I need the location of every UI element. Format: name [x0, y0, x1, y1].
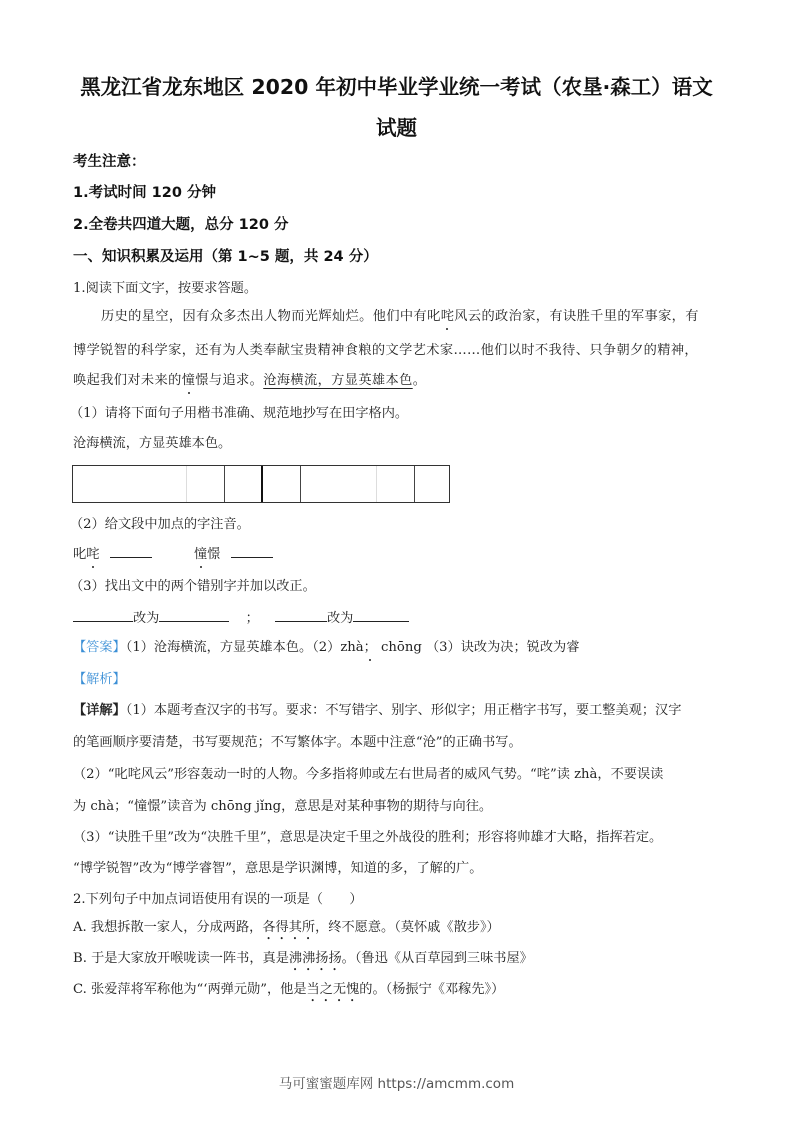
- dotted-char: 憧: [182, 369, 196, 388]
- grid-line: [261, 466, 263, 502]
- word-2: 憧憬: [194, 547, 220, 562]
- sub1-prompt: （1）请将下面句子用楷书准确、规范地抄写在田字格内。: [70, 402, 408, 421]
- pinyin-blank-2[interactable]: [231, 545, 273, 558]
- change-to-label: 改为: [133, 611, 159, 626]
- separator: ；: [246, 611, 259, 626]
- grid-line: [186, 466, 187, 502]
- answer-row: 【答案】（1）沧海横流，方显英雄本色。（2）zhà； chōng （3）诀改为决…: [73, 636, 579, 655]
- dotted-phrase: 当之无愧: [307, 982, 360, 997]
- sub2-prompt: （2）给文段中加点的字注音。: [70, 513, 250, 532]
- document-title-line2: 试题: [60, 111, 733, 141]
- correct-char-blank-2[interactable]: [353, 609, 409, 622]
- sub3-prompt: （3）找出文中的两个错别字并加以改正。: [70, 575, 316, 594]
- passage-text: 。: [413, 373, 427, 388]
- detail-p1-line2: 的笔画顺序要清楚，书写要规范；不写繁体字。本题中注意“沧”的正确书写。: [73, 731, 522, 750]
- detail-p2-line2: 为 chà；“憧憬”读音为 chōng jǐng，意思是对某种事物的期待与向往。: [73, 795, 492, 814]
- option-letter: A.: [73, 920, 87, 935]
- passage-text: 憬与追求。: [195, 373, 263, 388]
- sub3-answer-row: 改为 ； 改为: [73, 607, 409, 626]
- notice-heading: 考生注意：: [73, 150, 146, 171]
- q2-option-c[interactable]: C. 张爱萍将军称他为“‘两弹元勋”，他是当之无愧的。（杨振宁《邓稼先》）: [73, 978, 504, 1005]
- document-title-line1: 黑龙江省龙东地区 2020 年初中毕业学业统一考试（农垦·森工）语文: [60, 70, 733, 100]
- notice-item-1: 1.考试时间 120 分钟: [73, 181, 216, 202]
- analysis-label: 【解析】: [73, 668, 126, 687]
- detail-p3-line2: “博学锐智”改为“博学睿智”，意思是学识渊博，知道的多，了解的广。: [73, 857, 482, 876]
- dotted-phrase: 各得其所: [262, 920, 315, 935]
- passage-line-2: 博学锐智的科学家，还有为人类奉献宝贵精神食粮的文学艺术家……他们以时不我待、只争…: [73, 339, 723, 358]
- grid-line: [300, 466, 301, 502]
- grid-line: [376, 466, 377, 502]
- q2-option-a[interactable]: A. 我想拆散一家人，分成两路，各得其所，终不愿意。（莫怀戚《散步》）: [73, 916, 500, 943]
- q2-option-b[interactable]: B. 于是大家放开喉咙读一阵书，真是沸沸扬扬。（鲁迅《从百草园到三味书屋》: [73, 947, 533, 974]
- correct-char-blank-1[interactable]: [159, 609, 229, 622]
- detail-p3-line1: （3）“诀胜千里”改为“决胜千里”，意思是决定千里之外战役的胜利；形容将帅雄才大…: [73, 826, 662, 845]
- pinyin-blank-1[interactable]: [110, 545, 152, 558]
- passage-line-3: 唤起我们对未来的憧憬与追求。沧海横流，方显英雄本色。: [73, 369, 723, 388]
- passage-text: 历史的星空，因有众多杰出人物而光辉灿烂。他们中有叱: [101, 309, 441, 324]
- wrong-char-blank-1[interactable]: [73, 609, 133, 622]
- change-to-label: 改为: [327, 611, 353, 626]
- underlined-sentence: 沧海横流，方显英雄本色: [263, 373, 412, 388]
- answer-separator: ；: [364, 636, 377, 655]
- q2-prompt: 2.下列句子中加点词语使用有误的一项是（ ）: [73, 888, 363, 907]
- grid-line: [414, 466, 415, 502]
- dotted-phrase: 沸沸扬扬: [289, 951, 342, 966]
- passage-text: 风云的政治家，有诀胜千里的军事家，有: [454, 309, 699, 324]
- sub2-answer-row: 叱咤 憧憬: [73, 543, 273, 562]
- writing-grid[interactable]: [72, 465, 450, 503]
- option-letter: B.: [73, 951, 87, 966]
- detail-label: 【详解】: [73, 703, 126, 718]
- q1-prompt: 1.阅读下面文字，按要求答题。: [73, 277, 257, 296]
- answer-text: chōng （3）诀改为决；锐改为睿: [381, 640, 579, 655]
- footer-watermark: 马可蜜蜜题库网 https://amcmm.com: [0, 1072, 793, 1092]
- option-letter: C.: [73, 982, 87, 997]
- section-heading: 一、知识积累及运用（第 1~5 题，共 24 分）: [73, 245, 378, 266]
- answer-text: （1）沧海横流，方显英雄本色。（2）zhà: [126, 640, 364, 655]
- detail-p1-line1: 【详解】（1）本题考查汉字的书写。要求：不写错字、别字、形似字；用正楷字书写，要…: [73, 699, 681, 718]
- passage-line-1: 历史的星空，因有众多杰出人物而光辉灿烂。他们中有叱咤风云的政治家，有诀胜千里的军…: [101, 305, 751, 324]
- grid-line: [224, 466, 225, 502]
- exam-page: 黑龙江省龙东地区 2020 年初中毕业学业统一考试（农垦·森工）语文 试题 考生…: [0, 0, 793, 1122]
- dotted-char: 咤: [441, 305, 455, 324]
- passage-text: 唤起我们对未来的: [73, 373, 182, 388]
- answer-label: 【答案】: [73, 640, 126, 655]
- sub1-sentence: 沧海横流，方显英雄本色。: [73, 432, 231, 451]
- detail-p2-line1: （2）“叱咤风云”形容轰动一时的人物。今多指将帅或左右世局者的威风气势。“咤”读…: [73, 763, 663, 782]
- wrong-char-blank-2[interactable]: [275, 609, 327, 622]
- word-1: 叱咤: [73, 547, 99, 562]
- notice-item-2: 2.全卷共四道大题，总分 120 分: [73, 213, 288, 234]
